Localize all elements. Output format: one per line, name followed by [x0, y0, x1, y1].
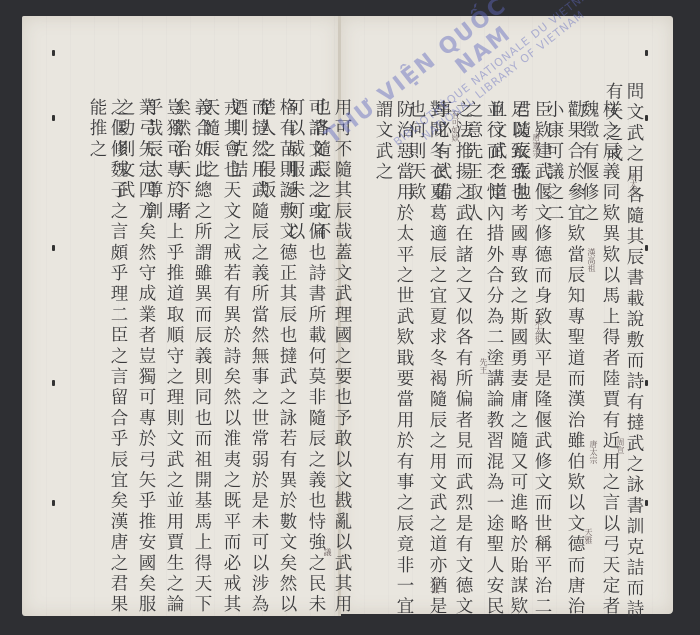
margin-annotation: 唐太宗 — [628, 172, 639, 196]
margin-annotation: 漢高祖 — [586, 248, 597, 272]
stitch-hole — [645, 380, 648, 386]
stitch-hole — [52, 50, 55, 56]
stitch-hole — [645, 50, 648, 56]
margin-annotation: 先王 — [478, 358, 489, 374]
stitch-hole — [52, 115, 55, 121]
stitch-hole — [645, 115, 648, 121]
stitch-hole — [52, 500, 55, 506]
stitch-hole — [52, 245, 55, 251]
margin-annotation: 成欵 — [430, 578, 441, 594]
margin-annotation: 唐太宗 — [588, 440, 599, 464]
stitch-hole — [52, 380, 55, 386]
stitch-hole — [645, 245, 648, 251]
margin-annotation: 周宣 — [615, 438, 626, 454]
text-column: 之偃修魏子之言頗乎理二臣之言留合乎辰宜矣漢唐之君果能推之 — [86, 98, 128, 635]
stitch-hole — [645, 500, 648, 506]
margin-annotation: 天雅 — [583, 528, 594, 544]
margin-annotation: 唐憲宗 — [531, 133, 542, 157]
margin-annotation: 宋太祖 — [533, 318, 544, 342]
margin-annotation: 議 — [322, 548, 333, 556]
